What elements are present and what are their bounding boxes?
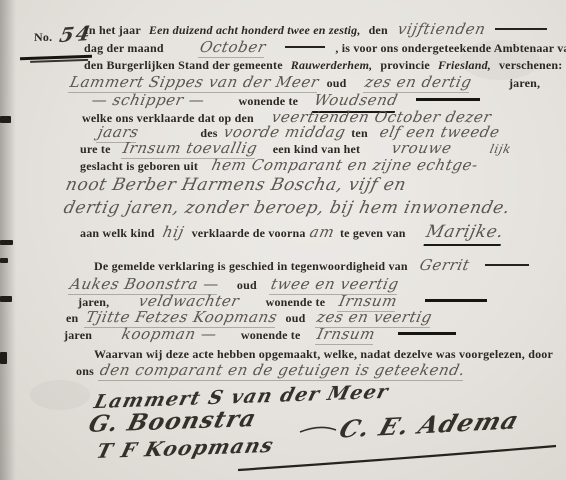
printed-text: verklaarde de voorna <box>192 226 306 240</box>
act-line: De gemelde verklaring is geschied in teg… <box>94 256 535 275</box>
printed-text: dag der maand <box>84 41 164 55</box>
handwritten-text: am <box>308 223 336 241</box>
handwritten-text: — schipper — <box>90 91 206 109</box>
act-line: ons den comparant en de getuigen is gete… <box>76 361 465 381</box>
printed-text: oud <box>237 278 257 292</box>
printed-text: jaren <box>64 328 92 342</box>
act-line: In het jaar Een duizend acht honderd twe… <box>84 20 553 39</box>
scanned-birth-record: No.54 In het jaar Een duizend acht honde… <box>0 0 566 480</box>
handwritten-text: zes en dertig <box>362 73 473 93</box>
printed-text: te geven van <box>340 226 406 240</box>
blank-filler-dash <box>398 332 456 335</box>
handwritten-text: Marijke. <box>423 222 505 246</box>
printed-text: ten <box>351 126 368 140</box>
handwritten-text: koopman — <box>120 325 219 343</box>
handwritten-text: lijk <box>488 142 512 156</box>
act-line: Lammert Sippes van der Meer oud zes en d… <box>70 73 540 93</box>
printed-text: jaren, <box>509 76 540 90</box>
binding-mark <box>0 296 12 302</box>
binding-mark <box>0 116 11 123</box>
printed-text: geslacht is geboren uit <box>80 159 198 173</box>
paper-stain <box>30 380 90 410</box>
printed-text: Waarvan wij deze acte hebben opgemaakt, … <box>94 347 553 361</box>
printed-text: In het jaar <box>84 23 141 37</box>
printed-text: De gemelde verklaring is geschied in teg… <box>94 259 408 273</box>
printed-text: verschenen: <box>499 58 563 72</box>
handwritten-text: hij <box>161 223 186 241</box>
handwritten-text: dertig jaren, zonder beroep, bij hem inw… <box>62 198 512 218</box>
printed-text: wonende te <box>266 295 326 309</box>
handwritten-text: hem Comparant en zijne echtge- <box>210 156 480 174</box>
printed-text: den Burgerlijken Stand der gemeente <box>84 58 283 72</box>
printed-text: een kind van het <box>273 142 361 156</box>
act-number-label: No. <box>34 30 52 44</box>
act-number-flourish <box>20 55 92 61</box>
act-line: den Burgerlijken Stand der gemeente Rauw… <box>84 56 563 74</box>
printed-text: ure te <box>80 142 111 156</box>
act-line: aan welk kind hij verklaarde de voorna a… <box>80 222 503 246</box>
blank-filler-dash <box>485 264 529 266</box>
binding-mark <box>0 240 13 245</box>
act-line: noot Berber Harmens Boscha, vijf en <box>66 175 406 195</box>
printed-text: des <box>200 126 217 140</box>
printed-text: provincie <box>380 58 430 72</box>
blank-filler-dash <box>425 299 487 302</box>
printed-text: aan welk kind <box>80 226 155 240</box>
printed-text: Friesland, <box>438 58 491 72</box>
printed-text: jaren, <box>78 295 109 309</box>
blank-filler-dash <box>285 46 325 48</box>
printed-text: oud <box>327 76 347 90</box>
handwritten-text: October <box>198 38 268 58</box>
printed-text: wonende te <box>239 94 299 108</box>
binding-mark <box>0 258 8 263</box>
act-line: jaren koopman — wonende te Irnsum <box>64 325 462 345</box>
printed-text: , is voor ons ondergeteekende Ambtenaar … <box>335 41 566 55</box>
signature-registrar: C. E. Adema <box>336 405 523 443</box>
printed-text: en <box>66 311 78 325</box>
signature-witness-1: G. Boonstra <box>86 405 260 438</box>
handwritten-text: Lammert Sippes van der Meer <box>68 73 321 93</box>
act-line: dag der maand October , is voor ons onde… <box>84 38 566 58</box>
printed-text: den <box>369 23 388 37</box>
handwritten-text: Irnsum <box>314 325 376 345</box>
binding-mark <box>0 352 7 364</box>
blank-filler-dash <box>495 28 547 30</box>
blank-filler-dash <box>416 98 480 101</box>
printed-text: ons <box>76 364 94 378</box>
signature-witness-2: T F Koopmans <box>94 433 277 463</box>
handwritten-text: vijftienden <box>396 20 487 38</box>
handwritten-text: vrouwe <box>390 139 453 157</box>
printed-text: wonende te <box>241 328 301 342</box>
printed-text: oud <box>286 311 306 325</box>
printed-text: Een duizend acht honderd twee en zestig, <box>149 23 361 37</box>
handwritten-text: noot Berber Harmens Boscha, vijf en <box>64 175 408 195</box>
handwritten-text: den comparant en de getuigen is geteeken… <box>98 361 467 381</box>
printed-text: Rauwerderhem, <box>291 58 373 72</box>
handwritten-text: Gerrit <box>418 256 471 274</box>
act-line: geslacht is geboren uit hem Comparant en… <box>80 156 478 175</box>
act-line: dertig jaren, zonder beroep, bij hem inw… <box>64 198 510 218</box>
